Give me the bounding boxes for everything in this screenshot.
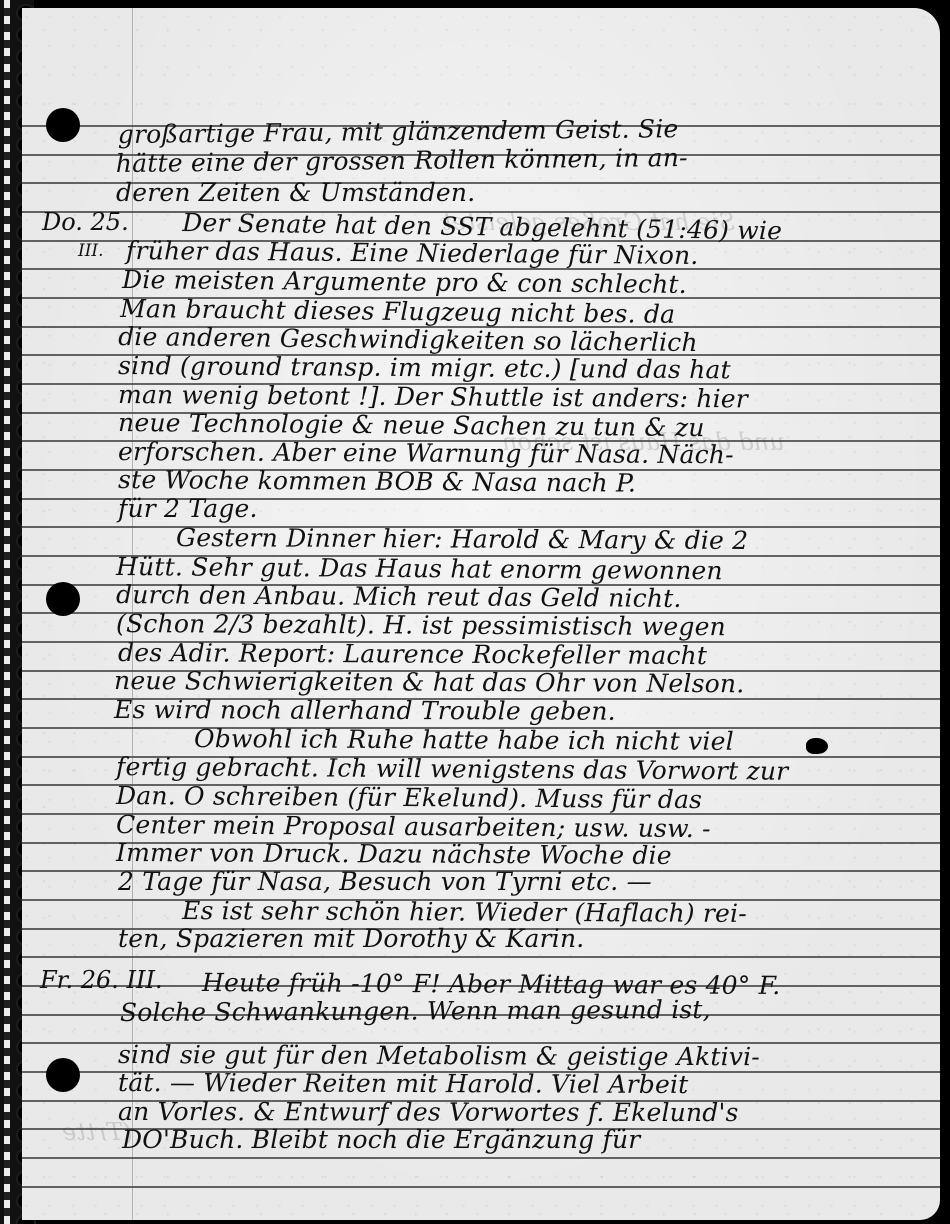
text-line: deren Zeiten & Umständen.: [116, 178, 475, 207]
entry-date-month: III.: [78, 241, 104, 261]
text-line: an Vorles. & Entwurf des Vorwortes f. Ek…: [118, 1097, 739, 1127]
text-line: tät. — Wieder Reiten mit Harold. Viel Ar…: [118, 1068, 688, 1099]
entry-date: Fr. 26. III.: [40, 966, 163, 994]
text-line: Dan. O schreiben (für Ekelund). Muss für…: [116, 781, 702, 814]
text-line: neue Schwierigkeiten & hat das Ohr von N…: [114, 666, 744, 698]
text-line: ten, Spazieren mit Dorothy & Karin.: [118, 924, 584, 953]
text-line: Solche Schwankungen. Wenn man gesund ist…: [120, 995, 711, 1027]
entry-date: Do. 25.: [42, 208, 129, 236]
text-line: 2 Tage für Nasa, Besuch von Tyrni etc. —: [118, 867, 652, 896]
text-line: sind (ground transp. im migr. etc.) [und…: [118, 351, 731, 384]
text-line: fertig gebracht. Ich will wenigstens das…: [116, 752, 788, 786]
text-line: hätte eine der grossen Rollen können, in…: [116, 143, 688, 178]
spiral-wire: [4, 0, 10, 1224]
text-line: DO'Buch. Bleibt noch die Ergänzung für: [122, 1125, 640, 1154]
text-line: erforschen. Aber eine Warnung für Nasa. …: [118, 437, 734, 469]
text-line: ste Woche kommen BOB & Nasa nach P.: [118, 465, 636, 498]
text-line: für 2 Tage.: [118, 494, 258, 523]
text-line: Es wird noch allerhand Trouble geben.: [114, 695, 616, 726]
text-line: Die meisten Argumente pro & con schlecht…: [122, 265, 687, 299]
ink-blot: [806, 738, 828, 754]
text-line: (Schon 2/3 bezahlt). H. ist pessimistisc…: [116, 609, 726, 641]
text-line: durch den Anbau. Mich reut das Geld nich…: [116, 580, 682, 613]
handwritten-text: großartige Frau, mit glänzendem Geist. S…: [22, 8, 940, 1220]
text-line: sind sie gut für den Metabolism & geisti…: [118, 1040, 760, 1071]
text-line: des Adir. Report: Laurence Rockefeller m…: [118, 638, 707, 670]
text-line: Gestern Dinner hier: Harold & Mary & die…: [176, 523, 748, 555]
text-line: Obwohl ich Ruhe hatte habe ich nicht vie…: [194, 724, 734, 756]
text-line: Immer von Druck. Dazu nächste Woche die: [116, 838, 672, 870]
notebook-page: Sie hat Großes geleistet und das Haus is…: [22, 8, 940, 1220]
